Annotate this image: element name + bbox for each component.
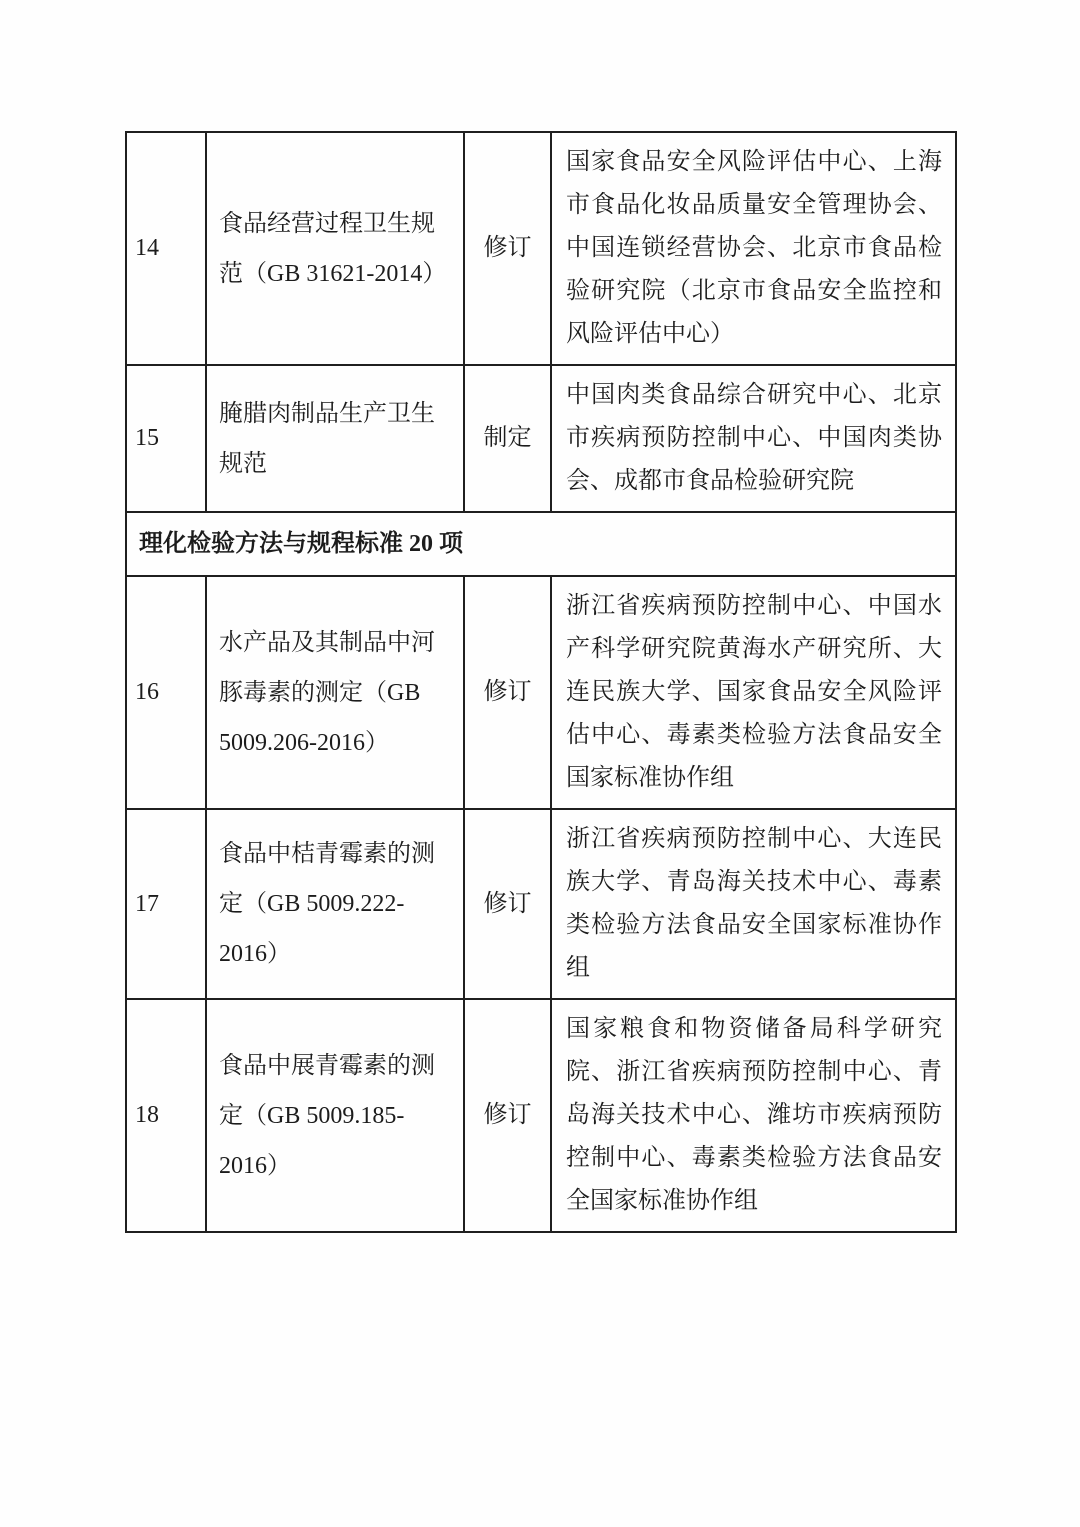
organizations-cell: 国家食品安全风险评估中心、上海市食品化妆品质量安全管理协会、中国连锁经营协会、北…	[551, 132, 956, 365]
standards-table: 14 食品经营过程卫生规范（GB 31621-2014） 修订 国家食品安全风险…	[125, 131, 957, 1233]
standard-name-cell: 水产品及其制品中河豚毒素的测定（GB 5009.206-2016）	[206, 576, 464, 809]
row-number-cell: 18	[126, 999, 206, 1232]
organizations-cell: 浙江省疾病预防控制中心、中国水产科学研究院黄海水产研究所、大连民族大学、国家食品…	[551, 576, 956, 809]
action-cell: 修订	[464, 132, 551, 365]
section-header-label: 理化检验方法与规程标准 20 项	[126, 512, 956, 576]
organizations-cell: 浙江省疾病预防控制中心、大连民族大学、青岛海关技术中心、毒素类检验方法食品安全国…	[551, 809, 956, 999]
action-cell: 修订	[464, 809, 551, 999]
table-row-15: 15 腌腊肉制品生产卫生规范 制定 中国肉类食品综合研究中心、北京市疾病预防控制…	[126, 365, 956, 512]
row-number-cell: 16	[126, 576, 206, 809]
document-page: 14 食品经营过程卫生规范（GB 31621-2014） 修订 国家食品安全风险…	[0, 0, 1080, 1527]
standard-name-cell: 食品中展青霉素的测定（GB 5009.185-2016）	[206, 999, 464, 1232]
row-number-cell: 15	[126, 365, 206, 512]
row-number-cell: 14	[126, 132, 206, 365]
standard-name-cell: 食品经营过程卫生规范（GB 31621-2014）	[206, 132, 464, 365]
organizations-cell: 国家粮食和物资储备局科学研究院、浙江省疾病预防控制中心、青岛海关技术中心、潍坊市…	[551, 999, 956, 1232]
row-number-cell: 17	[126, 809, 206, 999]
table-row-17: 17 食品中桔青霉素的测定（GB 5009.222-2016） 修订 浙江省疾病…	[126, 809, 956, 999]
table-row-14: 14 食品经营过程卫生规范（GB 31621-2014） 修订 国家食品安全风险…	[126, 132, 956, 365]
table-row-16: 16 水产品及其制品中河豚毒素的测定（GB 5009.206-2016） 修订 …	[126, 576, 956, 809]
section-header-row: 理化检验方法与规程标准 20 项	[126, 512, 956, 576]
organizations-cell: 中国肉类食品综合研究中心、北京市疾病预防控制中心、中国肉类协会、成都市食品检验研…	[551, 365, 956, 512]
standard-name-cell: 食品中桔青霉素的测定（GB 5009.222-2016）	[206, 809, 464, 999]
action-cell: 制定	[464, 365, 551, 512]
action-cell: 修订	[464, 576, 551, 809]
action-cell: 修订	[464, 999, 551, 1232]
table-row-18: 18 食品中展青霉素的测定（GB 5009.185-2016） 修订 国家粮食和…	[126, 999, 956, 1232]
standard-name-cell: 腌腊肉制品生产卫生规范	[206, 365, 464, 512]
